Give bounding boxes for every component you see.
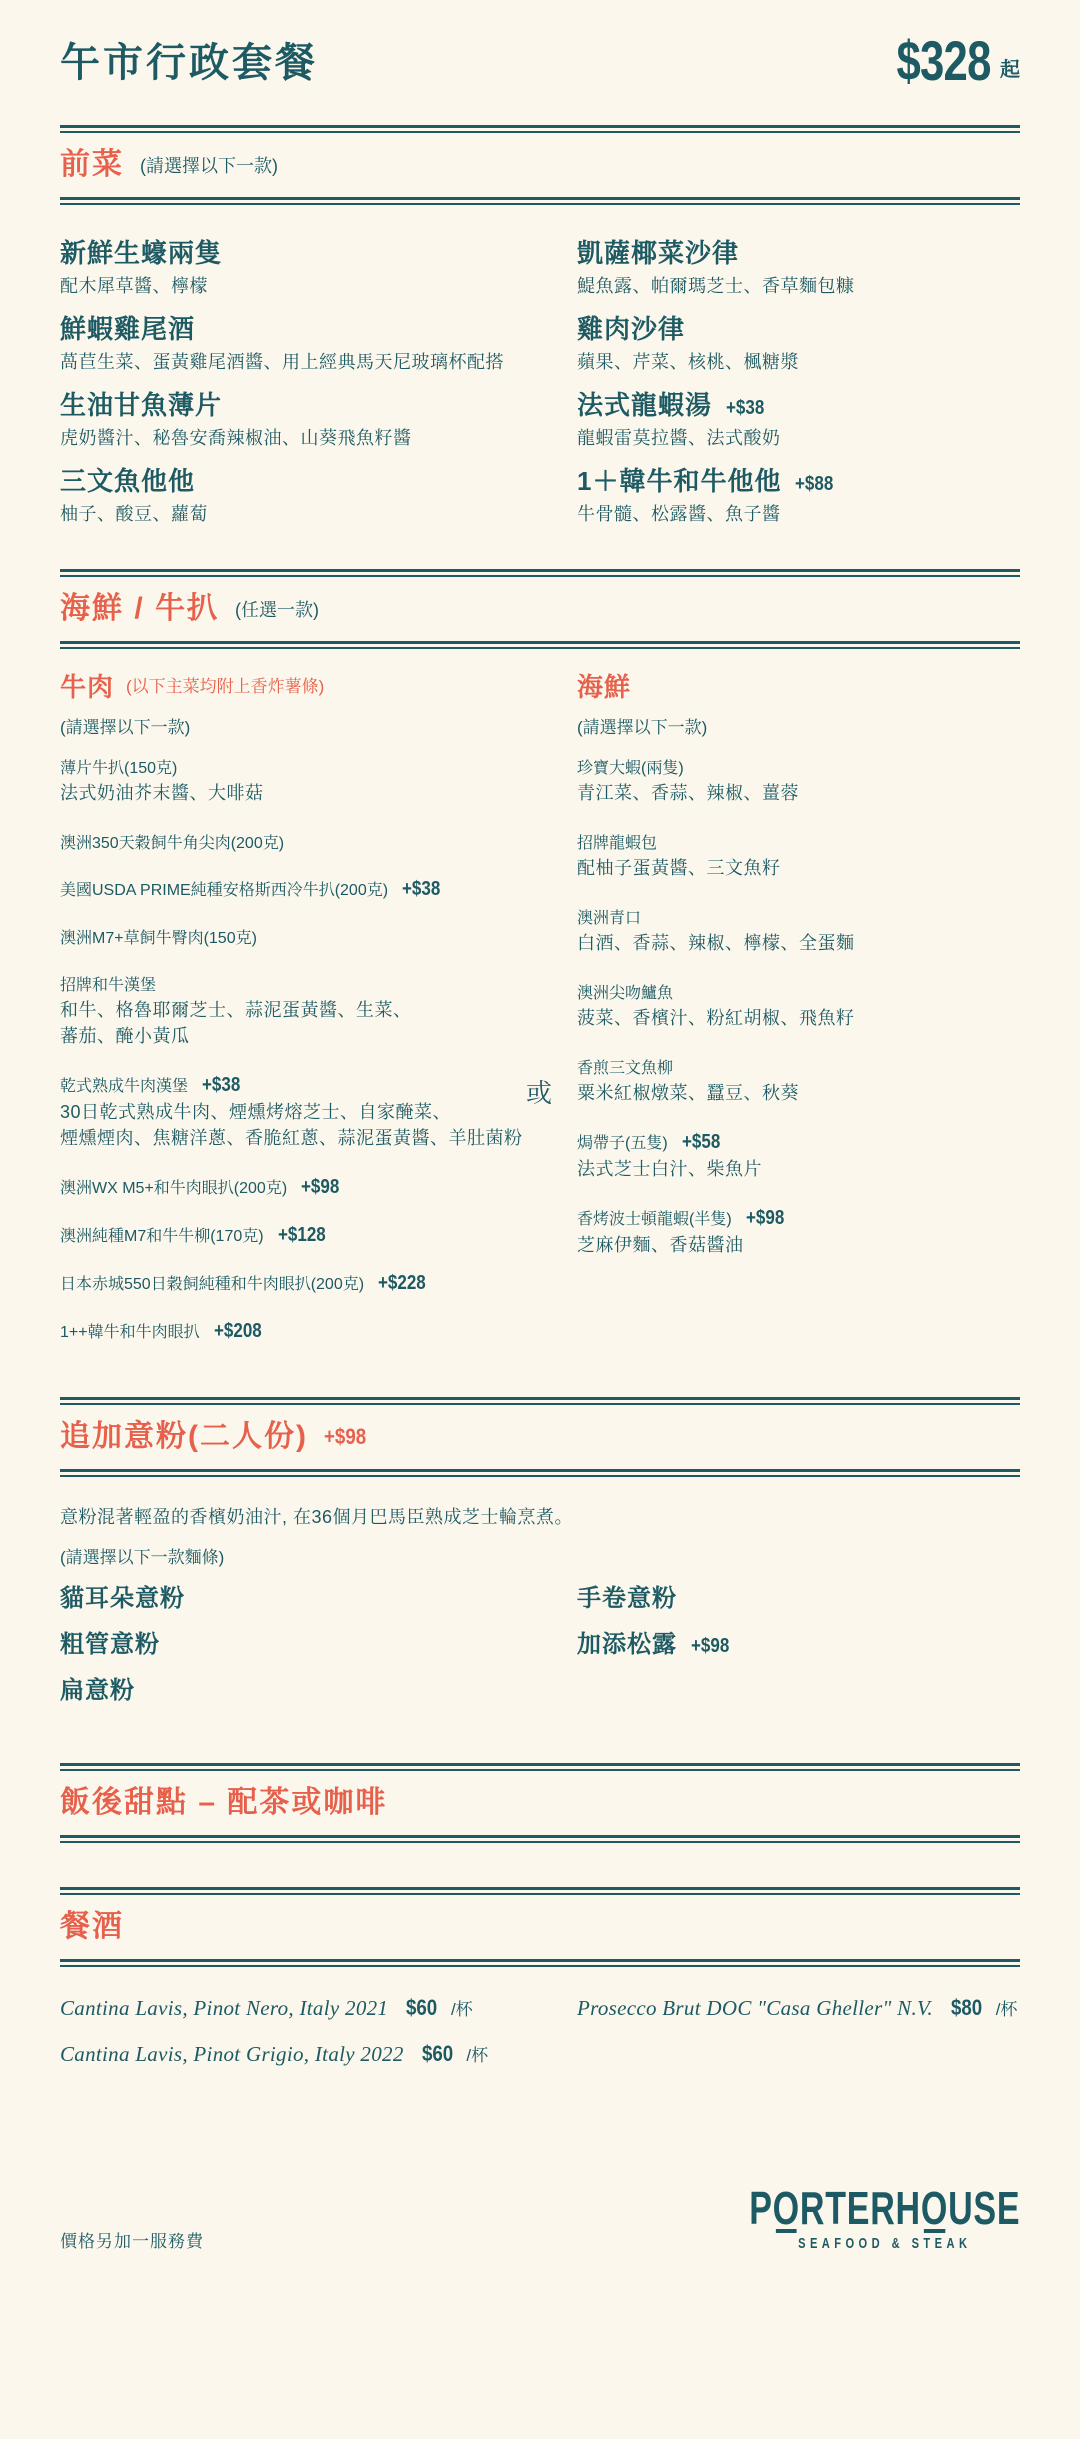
item-desc: 粟米紅椒燉菜、蠶豆、秋葵 [577, 1080, 990, 1106]
item-name: 薄片牛扒(150克) [60, 760, 177, 777]
item-desc: 配木犀草醬、檸檬 [60, 273, 551, 299]
beef-title: 牛肉 [60, 671, 114, 703]
beef-title-note: (以下主菜均附上香炸薯條) [126, 671, 324, 703]
menu-item: 貓耳朵意粉 [60, 1583, 577, 1615]
item-price: +$208 [214, 1320, 262, 1343]
logo-letters: USE [948, 2182, 1020, 2234]
wine-column-right: Prosecco Brut DOC "Casa Gheller" N.V. $8… [577, 1993, 1020, 2085]
seafood-column: 海鮮 (請選擇以下一款) 珍寶大蝦(兩隻) 青江菜、香蒜、辣椒、薑蓉 招牌龍蝦包… [577, 671, 1020, 1367]
item-name: 1＋韓牛和牛他他 [577, 466, 781, 496]
divider [60, 197, 1020, 205]
item-desc: 法式奶油芥末醬、大啡菇 [60, 780, 547, 806]
divider [60, 1397, 1020, 1405]
section-appetizers-note: (請選擇以下一款) [140, 152, 278, 178]
pasta-grid: 貓耳朵意粉 粗管意粉 扁意粉 手卷意粉 加添松露+$98 [60, 1583, 1020, 1721]
menu-item: 招牌和牛漢堡 和牛、格魯耶爾芝士、蒜泥蛋黃醬、生菜、 蕃茄、醃小黃瓜 [60, 972, 577, 1049]
menu-item: 珍寶大蝦(兩隻) 青江菜、香蒜、辣椒、薑蓉 [577, 755, 1020, 806]
menu-item: 扁意粉 [60, 1675, 577, 1707]
divider [60, 1469, 1020, 1477]
item-name: 香煎三文魚柳 [577, 1060, 673, 1077]
logo-letter-o: O [772, 2185, 799, 2231]
wine-unit: /杯 [451, 1995, 473, 2020]
item-price: +$98 [301, 1176, 339, 1199]
item-desc: 柚子、酸豆、蘿蔔 [60, 501, 551, 527]
item-name: 珍寶大蝦(兩隻) [577, 760, 684, 777]
beef-items: 薄片牛扒(150克) 法式奶油芥末醬、大啡菇 澳洲350天穀飼牛角尖肉(200克… [60, 755, 577, 1343]
pasta-column-left: 貓耳朵意粉 粗管意粉 扁意粉 [60, 1583, 577, 1721]
logo-wordmark: PORTERHOUSE [749, 2185, 1020, 2231]
item-name: 焗帶子(五隻) [577, 1135, 668, 1152]
wine-name: Prosecco Brut DOC "Casa Gheller" N.V. [577, 1993, 933, 2023]
seafood-items: 珍寶大蝦(兩隻) 青江菜、香蒜、辣椒、薑蓉 招牌龍蝦包 配柚子蛋黃醬、三文魚籽 … [577, 755, 1020, 1258]
menu-item: 薄片牛扒(150克) 法式奶油芥末醬、大啡菇 [60, 755, 577, 806]
seafood-subsection-header: 海鮮 [577, 671, 1020, 703]
wine-unit: /杯 [996, 1995, 1018, 2020]
item-desc: 青江菜、香蒜、辣椒、薑蓉 [577, 780, 990, 806]
menu-item: 日本赤城550日穀飼純種和牛肉眼扒(200克)+$228 [60, 1271, 577, 1295]
menu-item: 澳洲尖吻鱸魚 菠菜、香檳汁、粉紅胡椒、飛魚籽 [577, 980, 1020, 1031]
item-name: 招牌龍蝦包 [577, 835, 657, 852]
set-price-value: $328 [897, 36, 991, 85]
menu-item: 粗管意粉 [60, 1629, 577, 1661]
section-appetizers-header: 前菜 (請選擇以下一款) [60, 133, 1020, 197]
divider [60, 1835, 1020, 1843]
item-name: 美國USDA PRIME純種安格斯西冷牛扒(200克) [60, 882, 388, 899]
menu-item: 法式龍蝦湯+$38 龍蝦雷莫拉醬、法式酸奶 [577, 387, 1020, 451]
item-name: 澳洲WX M5+和牛肉眼扒(200克) [60, 1180, 287, 1197]
item-name: 澳洲純種M7和牛牛柳(170克) [60, 1228, 264, 1245]
set-price-suffix: 起 [1000, 53, 1020, 85]
wine-item: Cantina Lavis, Pinot Grigio, Italy 2022 … [60, 2039, 577, 2069]
beef-choose-note: (請選擇以下一款) [60, 717, 577, 739]
menu-footer: 價格另加一服務費 PORTERHOUSE SEAFOOD & STEAK [60, 2185, 1020, 2252]
menu-item: 生油甘魚薄片 虎奶醬汁、秘魯安喬辣椒油、山葵飛魚籽醬 [60, 387, 577, 451]
wine-column-left: Cantina Lavis, Pinot Nero, Italy 2021 $6… [60, 1993, 577, 2085]
divider [60, 1959, 1020, 1967]
set-price: $328 起 [870, 36, 1020, 85]
menu-item: 香烤波士頓龍蝦(半隻)+$98 芝麻伊麵、香菇醬油 [577, 1206, 1020, 1258]
mains-grid: 牛肉 (以下主菜均附上香炸薯條) (請選擇以下一款) 薄片牛扒(150克) 法式… [60, 671, 1020, 1367]
menu-item: 澳洲M7+草飼牛臀肉(150克) [60, 925, 577, 948]
item-name: 新鮮生蠔兩隻 [60, 238, 222, 268]
item-desc: 配柚子蛋黃醬、三文魚籽 [577, 855, 990, 881]
or-label: 或 [526, 1073, 552, 1110]
wine-grid: Cantina Lavis, Pinot Nero, Italy 2021 $6… [60, 1993, 1020, 2085]
item-name: 澳洲尖吻鱸魚 [577, 985, 673, 1002]
section-mains-title: 海鮮 / 牛扒 [60, 590, 219, 628]
item-price: +$38 [202, 1074, 240, 1097]
menu-item: 1++韓牛和牛肉眼扒+$208 [60, 1319, 577, 1343]
menu-item: 鮮蝦雞尾酒 萵苣生菜、蛋黃雞尾酒醬、用上經典馬天尼玻璃杯配搭 [60, 311, 577, 375]
item-desc: 白酒、香蒜、辣椒、檸檬、全蛋麵 [577, 930, 990, 956]
section-pasta-price: +$98 [324, 1424, 366, 1450]
item-price: +$128 [278, 1224, 326, 1247]
menu-item: 香煎三文魚柳 粟米紅椒燉菜、蠶豆、秋葵 [577, 1055, 1020, 1106]
item-name: 澳洲350天穀飼牛角尖肉(200克) [60, 835, 284, 852]
section-dessert-header: 飯後甜點 – 配茶或咖啡 [60, 1771, 1020, 1835]
item-name: 三文魚他他 [60, 466, 195, 496]
section-appetizers-title: 前菜 [60, 146, 124, 184]
menu-item: 澳洲青口 白酒、香蒜、辣椒、檸檬、全蛋麵 [577, 905, 1020, 956]
lunch-set-menu-page: 午市行政套餐 $328 起 前菜 (請選擇以下一款) 新鮮生蠔兩隻 配木犀草醬、… [0, 0, 1080, 2439]
appetizers-column-right: 凱薩椰菜沙律 鯷魚露、帕爾瑪芝士、香草麵包糠 雞肉沙律 蘋果、芹菜、核桃、楓糖漿… [577, 235, 1020, 539]
wine-item: Cantina Lavis, Pinot Nero, Italy 2021 $6… [60, 1993, 577, 2023]
pasta-column-right: 手卷意粉 加添松露+$98 [577, 1583, 1020, 1721]
menu-item: 澳洲純種M7和牛牛柳(170克)+$128 [60, 1223, 577, 1247]
wine-item: Prosecco Brut DOC "Casa Gheller" N.V. $8… [577, 1993, 1020, 2023]
menu-item: 新鮮生蠔兩隻 配木犀草醬、檸檬 [60, 235, 577, 299]
menu-header: 午市行政套餐 $328 起 [60, 0, 1020, 85]
section-dessert-title: 飯後甜點 – 配茶或咖啡 [60, 1784, 387, 1822]
item-desc: 和牛、格魯耶爾芝士、蒜泥蛋黃醬、生菜、 蕃茄、醃小黃瓜 [60, 997, 547, 1049]
item-name: 乾式熟成牛肉漢堡 [60, 1078, 188, 1095]
wine-price: $60 [422, 2041, 453, 2067]
seafood-choose-note: (請選擇以下一款) [577, 717, 1020, 739]
item-desc: 萵苣生菜、蛋黃雞尾酒醬、用上經典馬天尼玻璃杯配搭 [60, 349, 551, 375]
item-name: 1++韓牛和牛肉眼扒 [60, 1324, 200, 1341]
item-name: 貓耳朵意粉 [60, 1585, 185, 1612]
divider [60, 125, 1020, 133]
menu-item: 1＋韓牛和牛他他+$88 牛骨髓、松露醬、魚子醬 [577, 463, 1020, 527]
item-price: +$98 [746, 1207, 784, 1230]
item-desc: 龍蝦雷莫拉醬、法式酸奶 [577, 425, 994, 451]
item-name: 雞肉沙律 [577, 314, 685, 344]
item-name: 凱薩椰菜沙律 [577, 238, 739, 268]
divider [60, 569, 1020, 577]
menu-item: 美國USDA PRIME純種安格斯西冷牛扒(200克)+$38 [60, 877, 577, 901]
menu-item: 凱薩椰菜沙律 鯷魚露、帕爾瑪芝士、香草麵包糠 [577, 235, 1020, 299]
menu-item: 招牌龍蝦包 配柚子蛋黃醬、三文魚籽 [577, 830, 1020, 881]
item-price: +$38 [402, 878, 440, 901]
item-name: 扁意粉 [60, 1677, 135, 1704]
item-name: 粗管意粉 [60, 1631, 160, 1658]
wine-unit: /杯 [466, 2041, 488, 2066]
item-name: 鮮蝦雞尾酒 [60, 314, 195, 344]
item-name: 手卷意粉 [577, 1585, 677, 1612]
section-mains-note: (任選一款) [235, 596, 319, 622]
wine-price: $60 [406, 1995, 437, 2021]
wine-name: Cantina Lavis, Pinot Grigio, Italy 2022 [60, 2039, 404, 2069]
service-charge-note: 價格另加一服務費 [60, 2227, 204, 2252]
pasta-description: 意粉混著輕盈的香檳奶油汁, 在36個月巴馬臣熟成芝士輪烹煮。 [60, 1505, 1020, 1529]
logo-subtitle: SEAFOOD & STEAK [749, 2235, 1020, 2252]
beef-column: 牛肉 (以下主菜均附上香炸薯條) (請選擇以下一款) 薄片牛扒(150克) 法式… [60, 671, 577, 1367]
porterhouse-logo: PORTERHOUSE SEAFOOD & STEAK [749, 2185, 1020, 2252]
item-desc: 30日乾式熟成牛肉、煙燻烤熔芝士、自家醃菜、 煙燻煙肉、焦糖洋蔥、香脆紅蔥、蒜泥… [60, 1099, 547, 1151]
logo-letters: RTERH [800, 2182, 921, 2234]
beef-subsection-header: 牛肉 (以下主菜均附上香炸薯條) [60, 671, 577, 703]
menu-item: 加添松露+$98 [577, 1629, 1020, 1661]
wine-name: Cantina Lavis, Pinot Nero, Italy 2021 [60, 1993, 388, 2023]
item-name: 法式龍蝦湯 [577, 390, 712, 420]
item-name: 日本赤城550日穀飼純種和牛肉眼扒(200克) [60, 1276, 364, 1293]
item-name: 生油甘魚薄片 [60, 390, 222, 420]
section-pasta-header: 追加意粉(二人份) +$98 [60, 1405, 1020, 1469]
item-name: 加添松露 [577, 1631, 677, 1658]
item-desc: 牛骨髓、松露醬、魚子醬 [577, 501, 994, 527]
menu-item: 雞肉沙律 蘋果、芹菜、核桃、楓糖漿 [577, 311, 1020, 375]
item-name: 澳洲M7+草飼牛臀肉(150克) [60, 930, 257, 947]
item-desc: 法式芝士白汁、柴魚片 [577, 1156, 990, 1182]
appetizers-grid: 新鮮生蠔兩隻 配木犀草醬、檸檬 鮮蝦雞尾酒 萵苣生菜、蛋黃雞尾酒醬、用上經典馬天… [60, 235, 1020, 539]
item-price: +$38 [726, 397, 764, 420]
item-name: 香烤波士頓龍蝦(半隻) [577, 1211, 732, 1228]
item-price: +$58 [682, 1131, 720, 1154]
section-wine-header: 餐酒 [60, 1895, 1020, 1959]
logo-letter-o: O [921, 2185, 948, 2231]
item-desc: 蘋果、芹菜、核桃、楓糖漿 [577, 349, 994, 375]
menu-item: 乾式熟成牛肉漢堡+$38 30日乾式熟成牛肉、煙燻烤熔芝士、自家醃菜、 煙燻煙肉… [60, 1073, 577, 1151]
pasta-choose-note: (請選擇以下一款麵條) [60, 1547, 1020, 1569]
logo-letter: P [749, 2182, 772, 2234]
item-price: +$98 [691, 1635, 729, 1658]
item-price: +$88 [795, 473, 833, 496]
menu-item: 焗帶子(五隻)+$58 法式芝士白汁、柴魚片 [577, 1130, 1020, 1182]
menu-item: 澳洲350天穀飼牛角尖肉(200克) [60, 830, 577, 853]
page-title: 午市行政套餐 [60, 41, 318, 85]
item-price: +$228 [378, 1272, 426, 1295]
menu-item: 三文魚他他 柚子、酸豆、蘿蔔 [60, 463, 577, 527]
section-pasta-title: 追加意粉(二人份) [60, 1418, 308, 1456]
divider [60, 1887, 1020, 1895]
item-desc: 鯷魚露、帕爾瑪芝士、香草麵包糠 [577, 273, 994, 299]
seafood-title: 海鮮 [577, 671, 631, 703]
wine-price: $80 [951, 1995, 982, 2021]
item-name: 招牌和牛漢堡 [60, 977, 156, 994]
item-desc: 虎奶醬汁、秘魯安喬辣椒油、山葵飛魚籽醬 [60, 425, 551, 451]
item-desc: 芝麻伊麵、香菇醬油 [577, 1232, 990, 1258]
item-desc: 菠菜、香檳汁、粉紅胡椒、飛魚籽 [577, 1005, 990, 1031]
menu-item: 澳洲WX M5+和牛肉眼扒(200克)+$98 [60, 1175, 577, 1199]
divider [60, 641, 1020, 649]
menu-item: 手卷意粉 [577, 1583, 1020, 1615]
divider [60, 1763, 1020, 1771]
section-wine-title: 餐酒 [60, 1908, 124, 1946]
item-name: 澳洲青口 [577, 910, 641, 927]
section-mains-header: 海鮮 / 牛扒 (任選一款) [60, 577, 1020, 641]
appetizers-column-left: 新鮮生蠔兩隻 配木犀草醬、檸檬 鮮蝦雞尾酒 萵苣生菜、蛋黃雞尾酒醬、用上經典馬天… [60, 235, 577, 539]
